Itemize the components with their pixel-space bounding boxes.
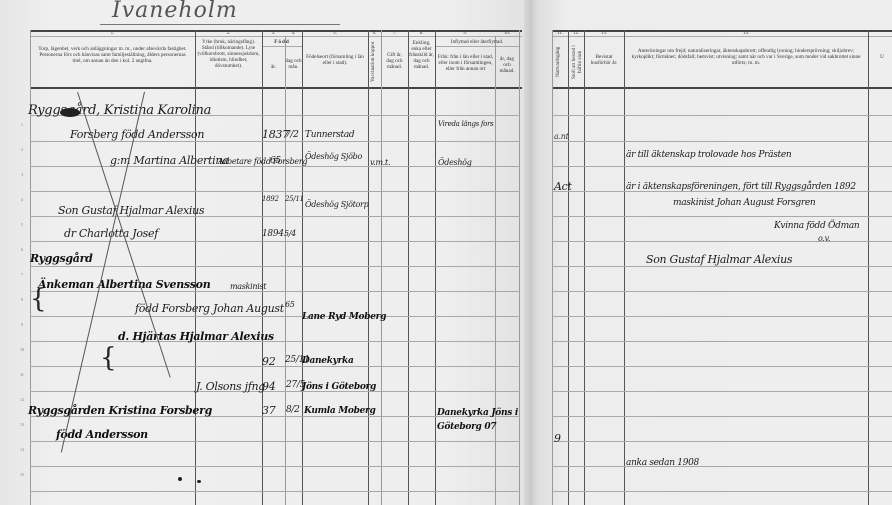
title-underline xyxy=(100,24,340,25)
row-line xyxy=(30,241,520,242)
col-line xyxy=(302,30,303,505)
entry-moved-from: Danekyrka Jöns i Göteborg 07 xyxy=(437,406,527,434)
col-header-5: Födelseort (församling i län eller i sta… xyxy=(306,54,364,66)
col-num: 4. xyxy=(285,31,302,37)
entry-name: född Forsberg Johan August xyxy=(135,302,284,315)
col-line xyxy=(624,30,625,505)
entry-trade: maskinist xyxy=(230,282,266,291)
entry-born: 94 xyxy=(262,380,275,393)
entry-born-day: 7/2 xyxy=(285,130,299,140)
row-line xyxy=(552,391,892,392)
entry-col11: Act xyxy=(554,180,572,193)
col-header-11: Nattvardsgång xyxy=(555,40,565,84)
row-line xyxy=(30,191,520,192)
row-line xyxy=(30,316,520,317)
entry-born: 1894 xyxy=(262,229,284,239)
entry-married: v.m.t. xyxy=(370,158,390,167)
entry-moved-from: Vireda längs fors xyxy=(438,120,493,128)
col-header-9-sub: Från: från i län eller i stad, eller ino… xyxy=(437,54,494,72)
entry-note: Son Gustaf Hjalmar Alexius xyxy=(646,253,792,266)
col-num: 9. xyxy=(435,31,495,37)
entry-born: 65 xyxy=(270,156,281,166)
col-num: 2. xyxy=(195,31,262,37)
row-number: 13 xyxy=(17,422,27,427)
col-num: 11. xyxy=(552,31,568,37)
entry-name: d. Hjärtas Hjalmar Alexius xyxy=(118,330,274,343)
entry-born: 37 xyxy=(262,404,275,417)
entry-moved-from: Ödeshög xyxy=(438,158,472,167)
col-line xyxy=(381,30,382,505)
col-num: 8. xyxy=(408,31,435,37)
ink-dot xyxy=(197,480,201,483)
row-line xyxy=(30,141,520,142)
col-header-8: Enkling, enka eller frånskild år, dag oc… xyxy=(409,40,434,70)
row-number: 11 xyxy=(17,372,27,377)
entry-birthplace: Danekyrka xyxy=(302,356,353,366)
row-line xyxy=(30,341,520,342)
col-line xyxy=(285,36,286,505)
row-number: 3 xyxy=(17,172,27,177)
row-line xyxy=(552,366,892,367)
col-header-15: U xyxy=(872,54,892,60)
entry-name: Son Gustaf Hjalmar Alexius xyxy=(58,204,204,217)
entry-name: född Andersson xyxy=(56,428,148,441)
row-line xyxy=(552,416,892,417)
row-line xyxy=(30,491,520,492)
header-bottom-border xyxy=(552,87,892,89)
col-num: 10. xyxy=(495,31,519,37)
row-line xyxy=(552,216,892,217)
entry-col11: 9 xyxy=(554,432,561,445)
row-line xyxy=(552,291,892,292)
row-number: 7 xyxy=(17,272,27,277)
col-line xyxy=(495,36,496,505)
row-number: 12 xyxy=(17,397,27,402)
entry-birthplace: Ödeshög Sjötorp xyxy=(305,200,368,209)
col-num: 14. xyxy=(624,31,868,37)
col-header-3: år. xyxy=(262,64,285,70)
row-line xyxy=(552,491,892,492)
row-number: 10 xyxy=(17,347,27,352)
col-header-10: år, dag och månad. xyxy=(496,56,518,74)
row-line xyxy=(30,441,520,442)
row-line xyxy=(30,291,520,292)
entry-birthplace: Lane Ryd Moberg xyxy=(302,312,386,322)
left-border xyxy=(30,30,31,505)
row-number: 8 xyxy=(17,297,27,302)
col-num: 13. xyxy=(584,31,624,37)
col-num: 1. xyxy=(30,31,195,37)
entry-note: maskinist Johan August Forsgren xyxy=(673,198,815,208)
col-line xyxy=(584,30,585,505)
col-line xyxy=(408,30,409,505)
col-line xyxy=(262,30,263,505)
entry-birthplace: Kumla Moberg xyxy=(304,406,376,416)
entry-birthplace: Tunnerstad xyxy=(305,130,354,140)
row-line xyxy=(552,341,892,342)
entry-born-day: 8/2 xyxy=(286,405,300,415)
left-page: Ivaneholm 1. Torp, lägenhet, verk och an… xyxy=(0,0,527,505)
fodd-divider xyxy=(262,46,302,47)
entry-born: 92 xyxy=(262,355,275,368)
col-num: 5. xyxy=(302,31,368,37)
brace-mark: { xyxy=(30,286,47,312)
col-line xyxy=(568,30,569,505)
right-page: 11. Nattvardsgång 12. Stoll att bestod i… xyxy=(538,0,892,505)
entry-col11: a.nt xyxy=(554,132,568,141)
entry-trade: Arbetare född Forsberg xyxy=(218,157,307,166)
row-number: 5 xyxy=(17,222,27,227)
col-header-14: Anteckningar om frejd; naturaliseringar,… xyxy=(630,48,862,66)
row-line xyxy=(552,166,892,167)
ink-blot xyxy=(60,108,80,117)
brace-mark: { xyxy=(100,345,117,371)
entry-name: Ryggsgård xyxy=(30,252,93,265)
col-header-1: Torp, lägenhet, verk och anläggningar m.… xyxy=(34,46,191,64)
place-title: Ivaneholm xyxy=(112,0,238,23)
col-header-12: Stoll att bestod i häftig sjuk xyxy=(571,40,581,84)
col-num: 7. xyxy=(381,31,408,37)
row-line xyxy=(30,466,520,467)
col-header-2: Yrke (bruk, näringsfång). Stånd (tillkom… xyxy=(197,39,260,69)
header-bottom-border xyxy=(30,87,522,89)
entry-birthplace: Jöns i Göteborg xyxy=(302,382,376,392)
entry-note: o.v. xyxy=(818,234,830,243)
col-num: 6. xyxy=(368,31,381,37)
col-header-4: dag och mån. xyxy=(285,58,302,70)
row-line xyxy=(552,441,892,442)
row-number: 9 xyxy=(17,322,27,327)
row-line xyxy=(552,466,892,467)
entry-name: Ryggsgård, Kristina Karolina xyxy=(28,103,211,118)
inflyttad-divider xyxy=(436,46,519,47)
entry-born: 65 xyxy=(285,300,295,309)
col-num: 3. xyxy=(262,31,285,37)
col-header-9: Inflyttad eller återflyttad. xyxy=(437,39,517,45)
row-number: 1 xyxy=(17,122,27,127)
col-line xyxy=(368,30,369,505)
entry-born-day: 25/11 xyxy=(285,195,304,203)
col-header-fodd: Född xyxy=(262,39,302,45)
col-num: 12. xyxy=(568,31,584,37)
entry-note: Kvinna född Ödman xyxy=(774,221,859,231)
row-number: 4 xyxy=(17,197,27,202)
entry-born-day: 5/4 xyxy=(284,229,296,238)
row-number: 15 xyxy=(17,472,27,477)
entry-note: är till äktenskap trolovade hos Prästen xyxy=(626,150,791,160)
col-line xyxy=(435,30,436,505)
strike-line xyxy=(61,92,145,453)
row-line xyxy=(552,316,892,317)
col-header-13: Bevistat husförhör år. xyxy=(586,54,622,66)
entry-name: Änkeman Albertina Svensson xyxy=(38,278,210,291)
entry-born: 1892 xyxy=(262,195,279,203)
row-line xyxy=(552,115,892,116)
row-line xyxy=(552,241,892,242)
left-border xyxy=(552,30,553,505)
entry-note: anka sedan 1908 xyxy=(626,458,699,468)
row-number: 14 xyxy=(17,447,27,452)
row-number: 2 xyxy=(17,147,27,152)
entry-name: Ryggsgården Kristina Forsberg xyxy=(28,404,212,417)
col-line xyxy=(195,30,196,505)
row-number: 6 xyxy=(17,247,27,252)
row-line xyxy=(552,266,892,267)
col-header-6: Vaccination koppor xyxy=(370,40,380,84)
col-line xyxy=(868,30,869,505)
col-header-7: Gift år, dag och månad. xyxy=(383,52,406,70)
entry-note: är i äktenskapsföreningen, fört till Ryg… xyxy=(626,182,856,192)
row-line xyxy=(552,141,892,142)
entry-trade: J. Olsons jfng xyxy=(196,380,265,393)
entry-birthplace: Ödeshög Sjöbo xyxy=(305,152,362,161)
ink-dot xyxy=(178,477,182,481)
